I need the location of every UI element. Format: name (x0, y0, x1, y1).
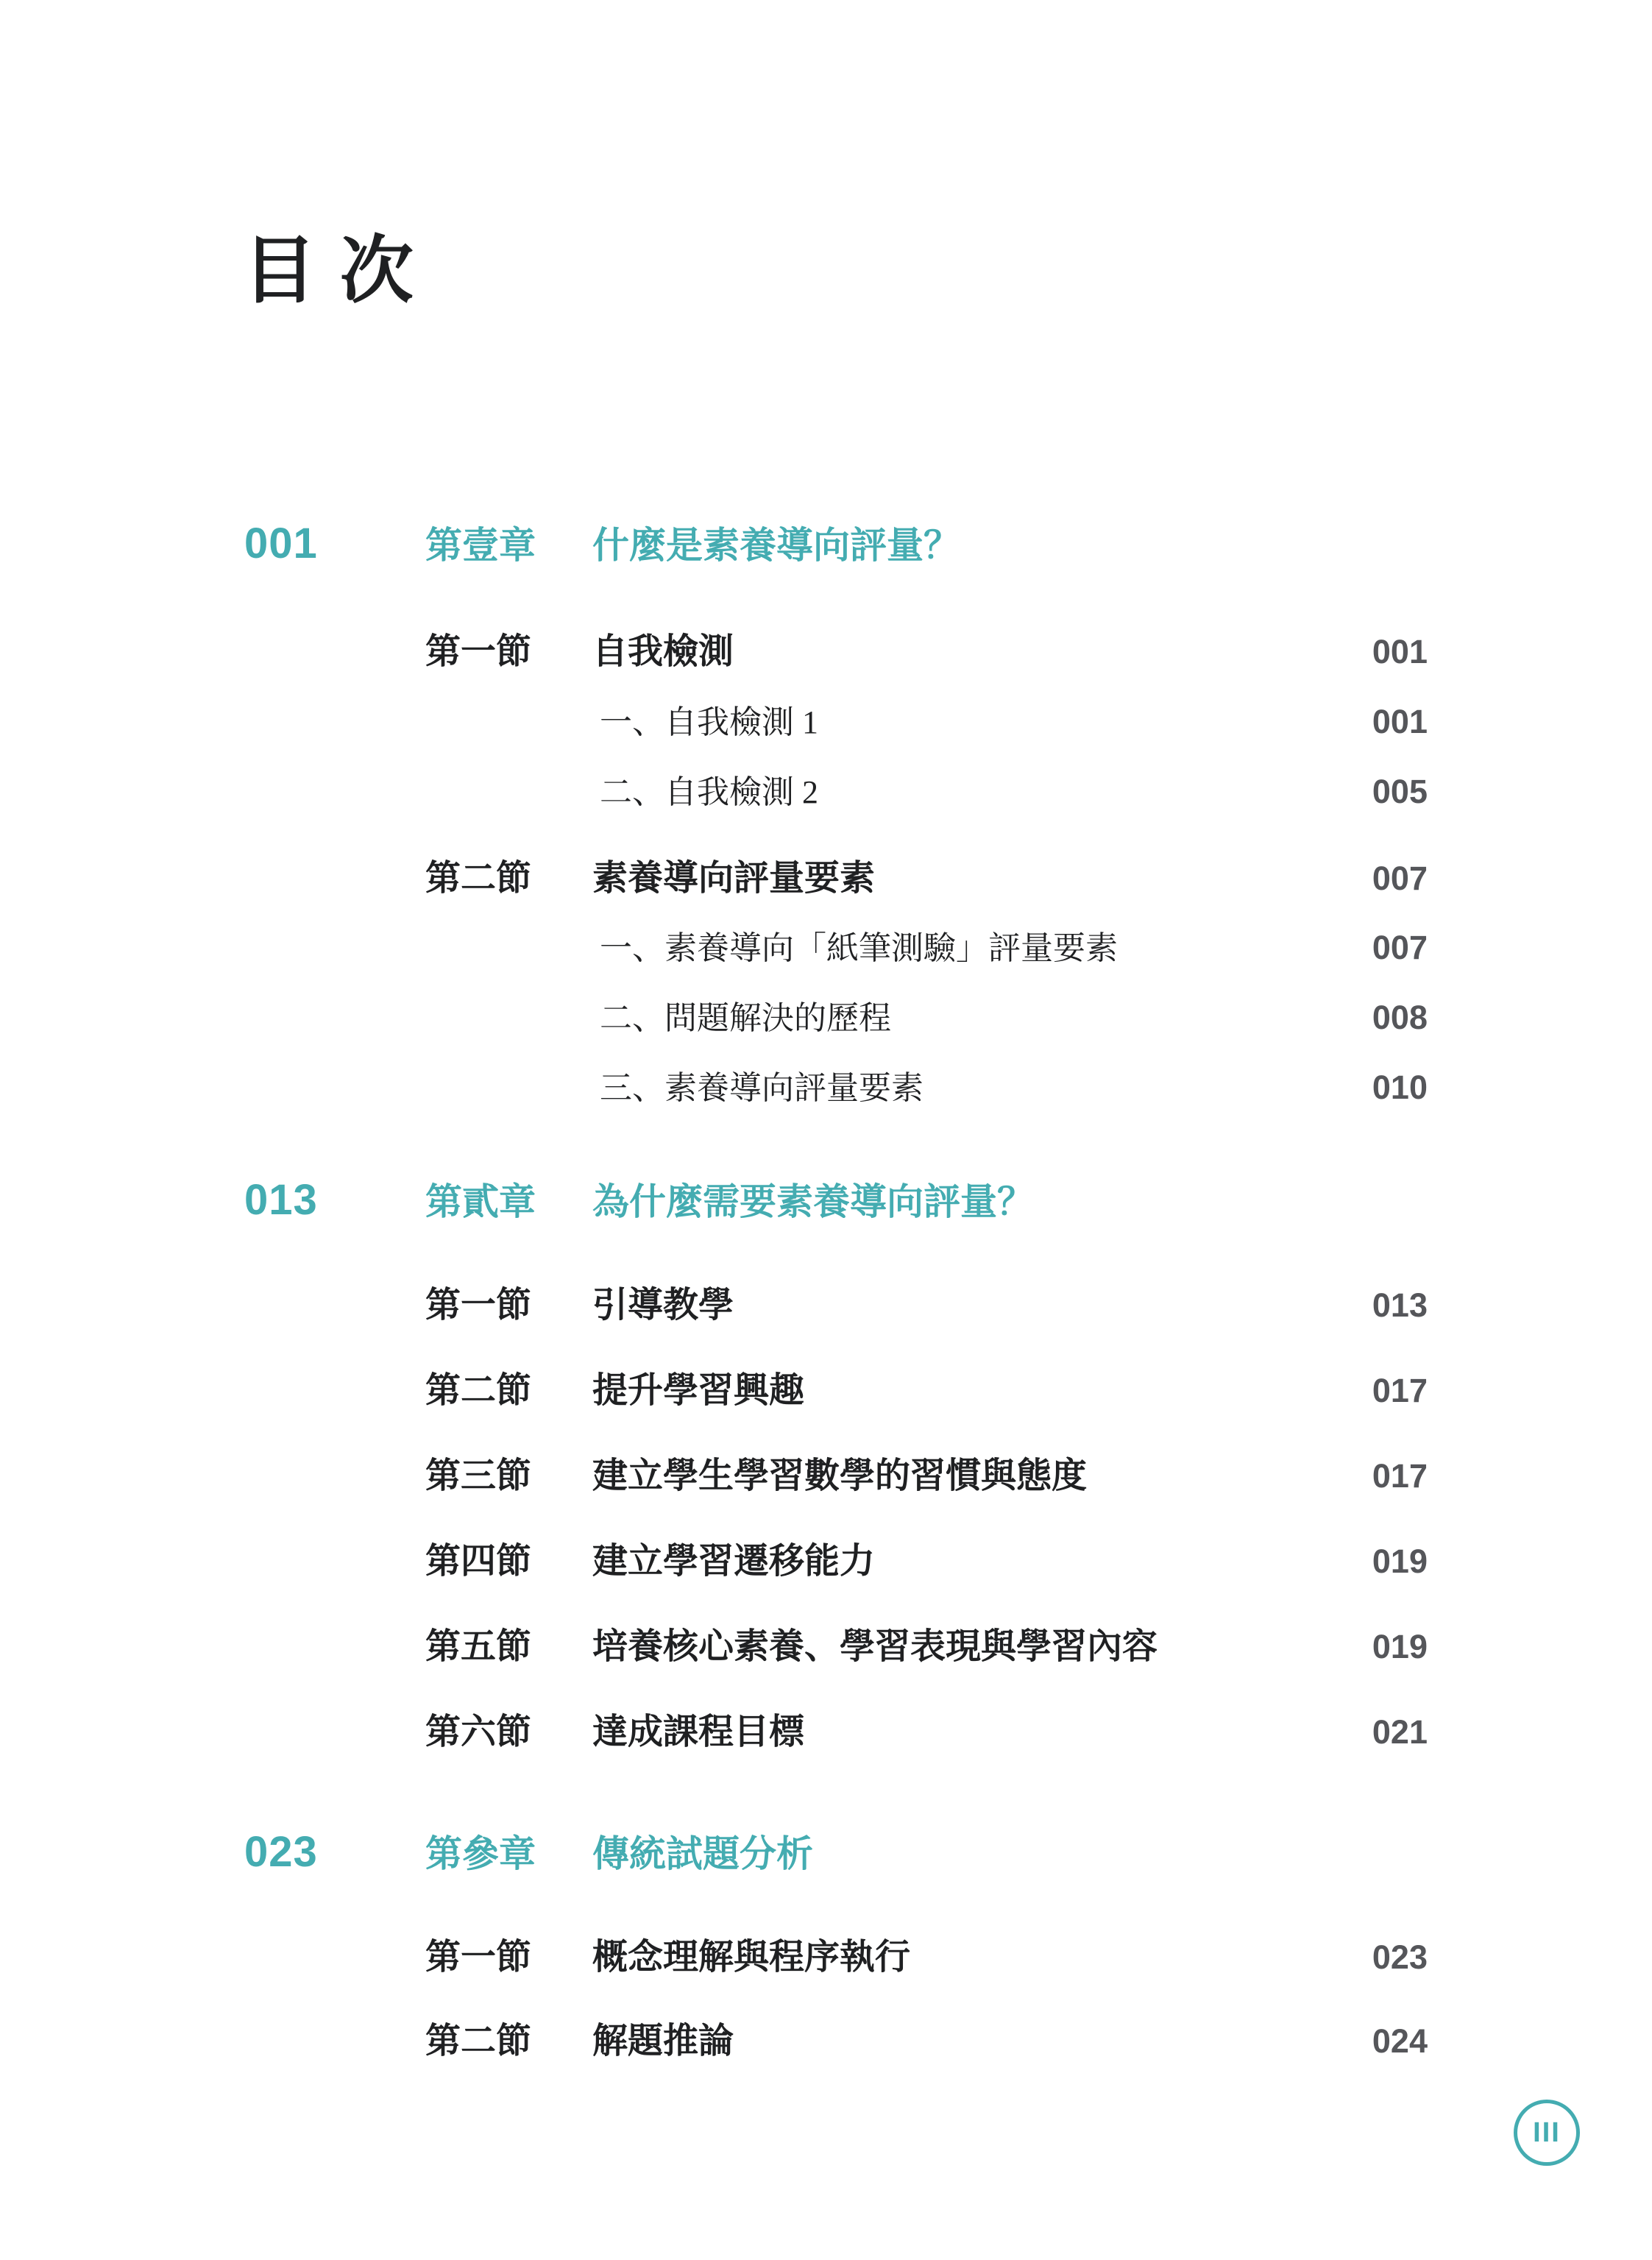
section-label: 第二節 (425, 858, 592, 899)
page-number: 017 (1372, 1457, 1428, 1495)
section-title: 建立學習遷移能力 (592, 1541, 875, 1581)
subitem-row: 二、問題解決的歷程 008 (0, 999, 1652, 1038)
chapter-label: 第貳章 (425, 1181, 592, 1224)
section-row: 第一節 概念理解與程序執行 023 (0, 1937, 1652, 1977)
chapter-label: 第壹章 (425, 525, 592, 567)
page-title: 目 次 (243, 234, 415, 308)
chapter-start-page: 001 (244, 520, 425, 569)
subitem-row: 三、素養導向評量要素 010 (0, 1069, 1652, 1108)
toc-page: 目 次 001 第壹章 什麼是素養導向評量？ 第一節 自我檢測 001 一、自我… (0, 0, 1652, 2260)
page-number: 008 (1372, 999, 1428, 1037)
section-label: 第二節 (425, 2021, 592, 2061)
page-number: 001 (1372, 703, 1428, 741)
section-title: 素養導向評量要素 (592, 858, 875, 899)
subitem-row: 一、素養導向「紙筆測驗」評量要素 007 (0, 929, 1652, 968)
chapter-title: 為什麼需要素養導向評量？ (592, 1181, 1034, 1224)
section-title: 提升學習興趣 (592, 1370, 804, 1411)
folio-badge: III (1514, 2100, 1580, 2166)
page-number: 007 (1372, 929, 1428, 967)
section-label: 第一節 (425, 631, 592, 672)
chapter-row: 013 第貳章 為什麼需要素養導向評量？ (0, 1176, 1652, 1225)
section-title: 引導教學 (592, 1285, 734, 1325)
page-number: 023 (1372, 1938, 1428, 1977)
chapter-title: 什麼是素養導向評量？ (592, 525, 960, 567)
section-row: 第二節 提升學習興趣 017 (0, 1370, 1652, 1411)
section-row: 第一節 引導教學 013 (0, 1285, 1652, 1325)
chapter-title: 傳統試題分析 (592, 1833, 813, 1876)
page-number: 021 (1372, 1713, 1428, 1751)
chapter-start-page: 023 (244, 1828, 425, 1877)
section-title: 解題推論 (592, 2021, 734, 2061)
section-label: 第一節 (425, 1937, 592, 1977)
page-number: 019 (1372, 1628, 1428, 1666)
section-label: 第四節 (425, 1541, 592, 1581)
subitem-title: 一、素養導向「紙筆測驗」評量要素 (600, 930, 1118, 968)
section-row: 第一節 自我檢測 001 (0, 631, 1652, 672)
page-number: 019 (1372, 1542, 1428, 1581)
page-number: 001 (1372, 633, 1428, 671)
section-row: 第三節 建立學生學習數學的習慣與態度 017 (0, 1456, 1652, 1496)
section-row: 第四節 建立學習遷移能力 019 (0, 1541, 1652, 1581)
subitem-title: 三、素養導向評量要素 (600, 1070, 924, 1108)
chapter-label: 第參章 (425, 1833, 592, 1876)
page-number: 013 (1372, 1286, 1428, 1325)
chapter-row: 023 第參章 傳統試題分析 (0, 1828, 1652, 1877)
subitem-title: 二、自我檢測 2 (600, 774, 818, 812)
section-row: 第二節 素養導向評量要素 007 (0, 858, 1652, 899)
page-number: 010 (1372, 1069, 1428, 1107)
folio-badge-label: III (1533, 2117, 1561, 2149)
section-label: 第三節 (425, 1456, 592, 1496)
page-number: 007 (1372, 860, 1428, 898)
page-number: 024 (1372, 2022, 1428, 2061)
section-label: 第一節 (425, 1285, 592, 1325)
section-title: 概念理解與程序執行 (592, 1937, 910, 1977)
section-label: 第五節 (425, 1626, 592, 1667)
subitem-row: 二、自我檢測 2 005 (0, 773, 1652, 812)
subitem-title: 一、自我檢測 1 (600, 704, 818, 742)
section-row: 第五節 培養核心素養、學習表現與學習內容 019 (0, 1626, 1652, 1667)
section-title: 自我檢測 (592, 631, 734, 672)
section-row: 第二節 解題推論 024 (0, 2021, 1652, 2061)
section-row: 第六節 達成課程目標 021 (0, 1712, 1652, 1752)
page-number: 017 (1372, 1372, 1428, 1410)
section-title: 培養核心素養、學習表現與學習內容 (592, 1626, 1158, 1667)
section-title: 建立學生學習數學的習慣與態度 (592, 1456, 1087, 1496)
section-title: 達成課程目標 (592, 1712, 804, 1752)
page-number: 005 (1372, 773, 1428, 811)
subitem-title: 二、問題解決的歷程 (600, 1000, 891, 1038)
section-label: 第六節 (425, 1712, 592, 1752)
chapter-start-page: 013 (244, 1176, 425, 1225)
chapter-row: 001 第壹章 什麼是素養導向評量？ (0, 520, 1652, 569)
section-label: 第二節 (425, 1370, 592, 1411)
subitem-row: 一、自我檢測 1 001 (0, 703, 1652, 742)
